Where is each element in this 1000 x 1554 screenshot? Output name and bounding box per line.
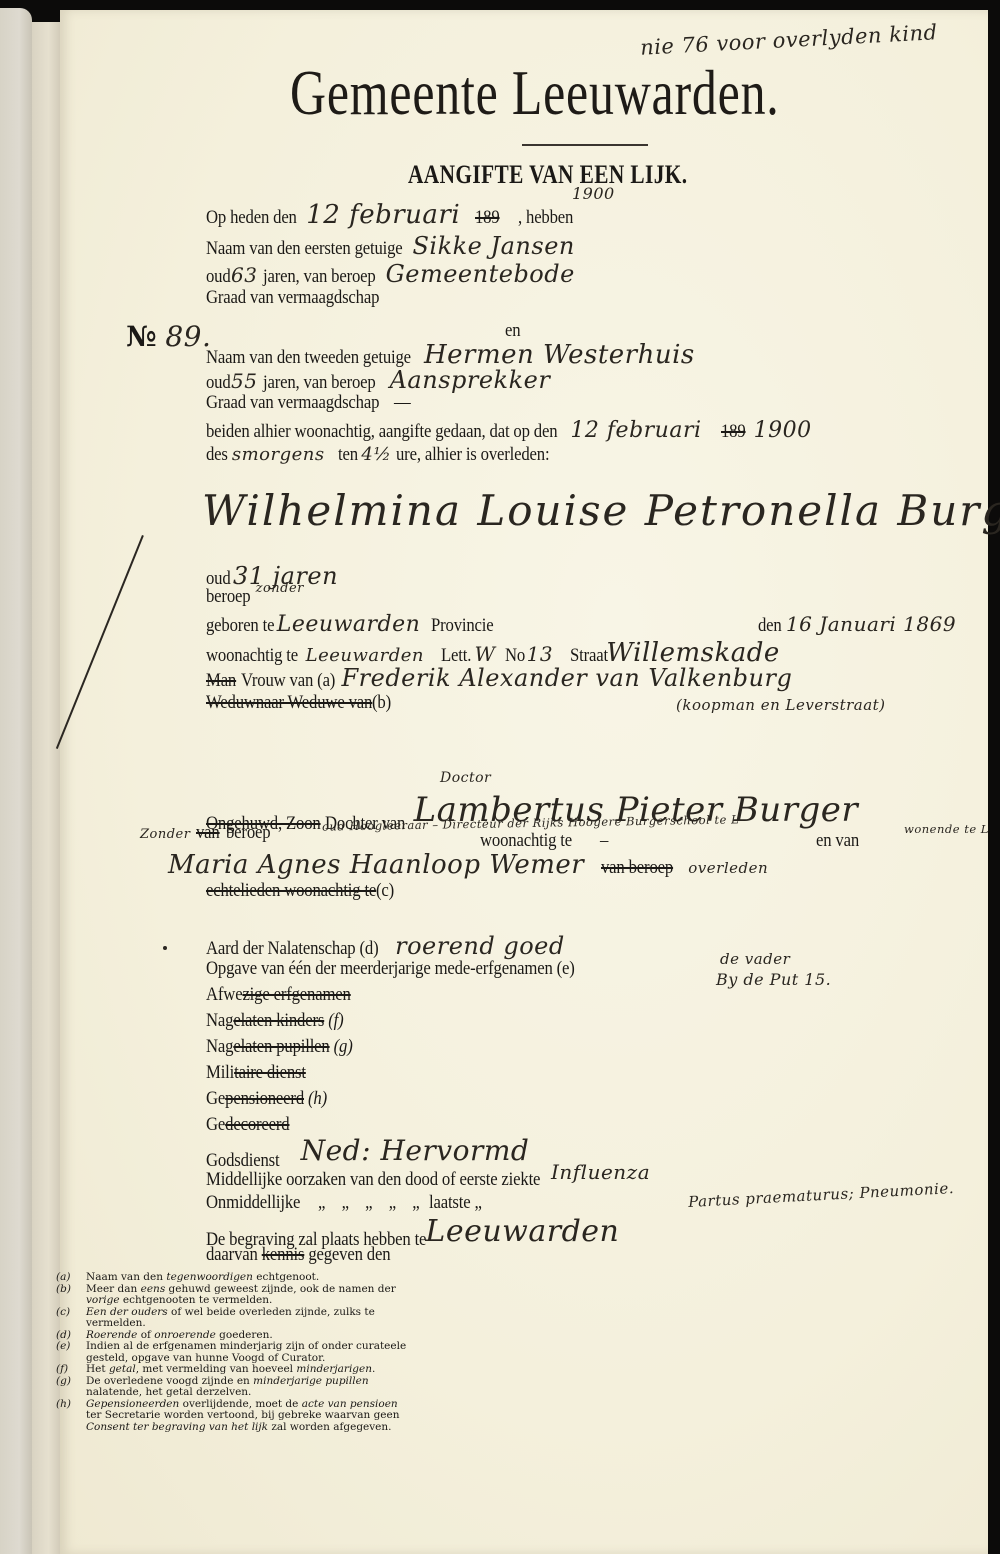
death-date: 12 februari	[570, 418, 701, 443]
title-divider	[522, 144, 648, 146]
spouse-name: Frederik Alexander van Valkenburg	[341, 664, 792, 692]
witness1-name-row: Naam van den eersten getuige Sikke Janse…	[206, 232, 575, 260]
pupils-ref: (g)	[334, 1036, 353, 1057]
children-struck: elaten kinders	[233, 1010, 324, 1031]
widow-ref: (b)	[372, 692, 391, 714]
cause-immediate-label: Onmiddellijke	[206, 1192, 300, 1214]
cause-mediate-row: Middellijke oorzaken van den dood of eer…	[206, 1166, 650, 1191]
witness1-occupation: Gemeentebode	[386, 260, 575, 288]
mother-occupation-struck: van beroep	[601, 857, 673, 879]
father-residence: –	[600, 830, 608, 852]
father-title: Doctor	[440, 770, 491, 786]
time-suffix: ure, alhier is overleden:	[396, 444, 549, 466]
pupils-label: Nag	[206, 1036, 233, 1057]
estate-row-3: Nagelaten kinders (f)	[206, 1010, 362, 1032]
notice-suffix: gegeven den	[308, 1244, 390, 1265]
spouse-label-struck: Man	[206, 670, 236, 692]
date-suffix: , hebben	[518, 207, 573, 229]
footnote-key: (g)	[56, 1376, 86, 1399]
father-occupation-label-struck: van	[196, 822, 220, 844]
and-label: en van	[816, 830, 859, 852]
witness1-age: 63	[231, 263, 257, 287]
footnote-text: Gepensioneerden overlijdende, moet de ac…	[86, 1399, 416, 1434]
deceased-occupation-label: beroep	[206, 586, 250, 608]
time-row: des smorgens ten 4½ ure, alhier is overl…	[206, 444, 571, 466]
time-prefix: des	[206, 444, 228, 466]
born-date: 16 Januari 1869	[786, 612, 956, 636]
cause-mediate-label: Middellijke oorzaken van den dood of eer…	[206, 1169, 540, 1191]
form-title: AANGIFTE VAN EEN LIJK.	[408, 160, 688, 190]
register-number-value: 89.	[165, 320, 211, 353]
register-number: № 89.	[126, 320, 211, 353]
time-hour: 4½	[361, 444, 391, 465]
born-row: geboren te Leeuwarden Provincie	[206, 612, 502, 637]
no-value: 13	[527, 642, 553, 666]
pensioned-ref: (h)	[308, 1088, 327, 1109]
widow-label-struck: Weduwnaar Weduwe van	[206, 692, 372, 714]
estate-row-2: Afwezige erfgenamen	[206, 984, 370, 1006]
witness2-age: 55	[231, 369, 257, 393]
footnote-item: (e)Indien al de erfgenamen minderjarig z…	[56, 1341, 416, 1364]
year-written: 1900	[572, 184, 615, 203]
estate-label: Aard der Nalatenschap (d)	[206, 938, 378, 960]
absent-heirs-struck: zige erfgenamen	[242, 984, 350, 1005]
witness2-occupation: Aansprekker	[390, 366, 551, 394]
decorated-struck: decoreerd	[225, 1114, 289, 1135]
estate-row-7: Gedecoreerd	[206, 1114, 301, 1136]
footnote-text: Indien al de erfgenamen minderjarig zijn…	[86, 1341, 416, 1364]
footnote-item: (g)De overledene voogd zijnde en minderj…	[56, 1376, 416, 1399]
witness2-age-suffix: jaren, van beroep	[263, 372, 376, 394]
spouses-row: echtelieden woonachtig te (c)	[206, 880, 397, 902]
margin-pen-stroke	[56, 535, 144, 749]
bullet-dot	[163, 946, 167, 950]
father-occupation-row: Zonder van beroep	[140, 822, 276, 844]
born-label: geboren te	[206, 615, 274, 637]
footnote-item: (c)Een der ouders of wel beide overleden…	[56, 1307, 416, 1330]
spouses-struck: echtelieden woonachtig te	[206, 880, 376, 902]
witness1-age-suffix: jaren, van beroep	[263, 266, 376, 288]
children-ref: (f)	[328, 1010, 343, 1031]
mother-name: Maria Agnes Haanloop Wemer	[168, 850, 584, 880]
estate-row-1: Opgave van één der meerderjarige mede-er…	[206, 958, 625, 980]
footnote-key: (f)	[56, 1364, 86, 1376]
absent-heirs-label: Afwe	[206, 984, 242, 1005]
register-page: nie 76 voor overlyden kind Gemeente Leeu…	[60, 10, 988, 1554]
printed-year-struck: 189	[475, 207, 500, 229]
lett-value: W	[475, 642, 496, 666]
date-label: Op heden den	[206, 207, 297, 229]
footnote-text: De overledene voogd zijnde en minderjari…	[86, 1376, 416, 1399]
time-of-day: smorgens	[232, 444, 325, 465]
estate-row-5: Militaire dienst	[206, 1062, 319, 1084]
witness2-relation: —	[394, 392, 411, 414]
spouse-label: Vrouw van (a)	[241, 670, 335, 692]
notice-struck: kennis	[262, 1244, 305, 1265]
estate-row-4: Nagelaten pupillen (g)	[206, 1036, 373, 1058]
page-title: Gemeente Leeuwarden.	[290, 56, 780, 130]
ditto-marks: „ „ „ „ „	[318, 1192, 420, 1214]
pupils-struck: elaten pupillen	[233, 1036, 329, 1057]
spouse-row: Man Vrouw van (a) Frederik Alexander van…	[206, 664, 792, 692]
witness1-age-prefix: oud	[206, 266, 231, 288]
numero-sign: №	[126, 320, 156, 353]
born-date-row: den 16 Januari 1869	[758, 612, 956, 637]
witness2-relation-row: Graad van vermaagdschap —	[206, 392, 413, 414]
father-prefix: Zonder	[140, 827, 190, 842]
footnote-text: Een der ouders of wel beide overleden zi…	[86, 1307, 416, 1330]
religion-value: Ned: Hervormd	[301, 1134, 530, 1167]
witness1-relation-label: Graad van vermaagdschap	[206, 287, 379, 309]
notice-row: daarvan kennis gegeven den	[206, 1244, 416, 1266]
spouses-ref: (c)	[376, 880, 394, 902]
notice-prefix: daarvan	[206, 1244, 258, 1265]
residence: Leeuwarden	[306, 645, 424, 666]
death-printed-year-struck: 189	[721, 421, 746, 443]
witness2-relation-label: Graad van vermaagdschap	[206, 392, 379, 414]
heir-address: By de Put 15.	[716, 970, 831, 989]
witness1-name-label: Naam van den eersten getuige	[206, 238, 403, 260]
spouse-occupation: (koopman en Leverstraat)	[676, 696, 886, 714]
pensioned-struck: pensioneerd	[225, 1088, 304, 1109]
death-year: 1900	[754, 418, 812, 443]
footnote-item: (b)Meer dan eens gehuwd geweest zijnde, …	[56, 1284, 416, 1307]
father-residence-label: woonachtig te	[480, 830, 572, 852]
declaration-text: beiden alhier woonachtig, aangifte gedaa…	[206, 421, 557, 443]
footnote-key: (a)	[56, 1272, 86, 1284]
connector-en: en	[505, 320, 520, 342]
margin-annotation: nie 76 voor overlyden kind	[640, 20, 938, 60]
deceased-occupation: zonder	[256, 581, 304, 596]
footnote-key: (c)	[56, 1307, 86, 1330]
military-label: Mili	[206, 1062, 234, 1083]
heir-label: Opgave van één der meerderjarige mede-er…	[206, 958, 575, 980]
mother-row: Maria Agnes Haanloop Wemer van beroep ov…	[168, 850, 768, 880]
estate-row-0: Aard der Nalatenschap (d) roerend goed	[206, 932, 565, 960]
witness2-age-prefix: oud	[206, 372, 231, 394]
children-label: Nag	[206, 1010, 233, 1031]
heir-value: de vader	[720, 950, 790, 968]
father-residence-row: woonachtig te –	[480, 830, 609, 852]
left-page-edge	[0, 8, 32, 1554]
date-line: Op heden den 12 februari 189 , hebben	[206, 200, 581, 230]
widow-row: Weduwnaar Weduwe van (b)	[206, 692, 394, 714]
deceased-occupation-row: beroep zonder	[206, 586, 304, 608]
estate-row-6: Gepensioneerd (h)	[206, 1088, 344, 1110]
decorated-label: Ge	[206, 1114, 225, 1135]
father-residence-note: wonende te L	[904, 822, 989, 836]
province-label: Provincie	[431, 615, 494, 637]
date-value: 12 februari	[306, 200, 460, 230]
cause-immediate-row: Onmiddellijke „ „ „ „ „ laatste „	[206, 1192, 489, 1214]
footnote-text: Meer dan eens gehuwd geweest zijnde, ook…	[86, 1284, 416, 1307]
born-place: Leeuwarden	[277, 612, 421, 637]
deceased-name: Wilhelmina Louise Petronella Burger	[202, 486, 1000, 535]
footnotes: (a)Naam van den tegenwoordigen echtgenoo…	[56, 1272, 416, 1433]
footnote-key: (e)	[56, 1341, 86, 1364]
witness1-name: Sikke Jansen	[412, 232, 574, 260]
pensioned-label: Ge	[206, 1088, 225, 1109]
declaration-row: beiden alhier woonachtig, aangifte gedaa…	[206, 418, 812, 443]
estate-value: roerend goed	[395, 932, 565, 960]
time-mid: ten	[338, 444, 358, 466]
cause-immediate: Partus praematurus; Pneumonie.	[688, 1179, 955, 1211]
footnote-key: (b)	[56, 1284, 86, 1307]
footnote-key: (h)	[56, 1399, 86, 1434]
witness2-age-row: oud 55 jaren, van beroep Aansprekker	[206, 366, 550, 394]
cause-mediate: Influenza	[551, 1160, 650, 1184]
father-occupation-label: beroep	[226, 822, 270, 844]
military-struck: taire dienst	[234, 1062, 306, 1083]
mother-status: overleden	[688, 859, 768, 877]
witness1-age-row: oud 63 jaren, van beroep Gemeentebode	[206, 260, 575, 288]
cause-immediate-mid: laatste „	[429, 1192, 482, 1214]
born-date-label: den	[758, 615, 782, 637]
burial-place: Leeuwarden	[425, 1214, 619, 1249]
footnote-item: (h)Gepensioneerden overlijdende, moet de…	[56, 1399, 416, 1434]
